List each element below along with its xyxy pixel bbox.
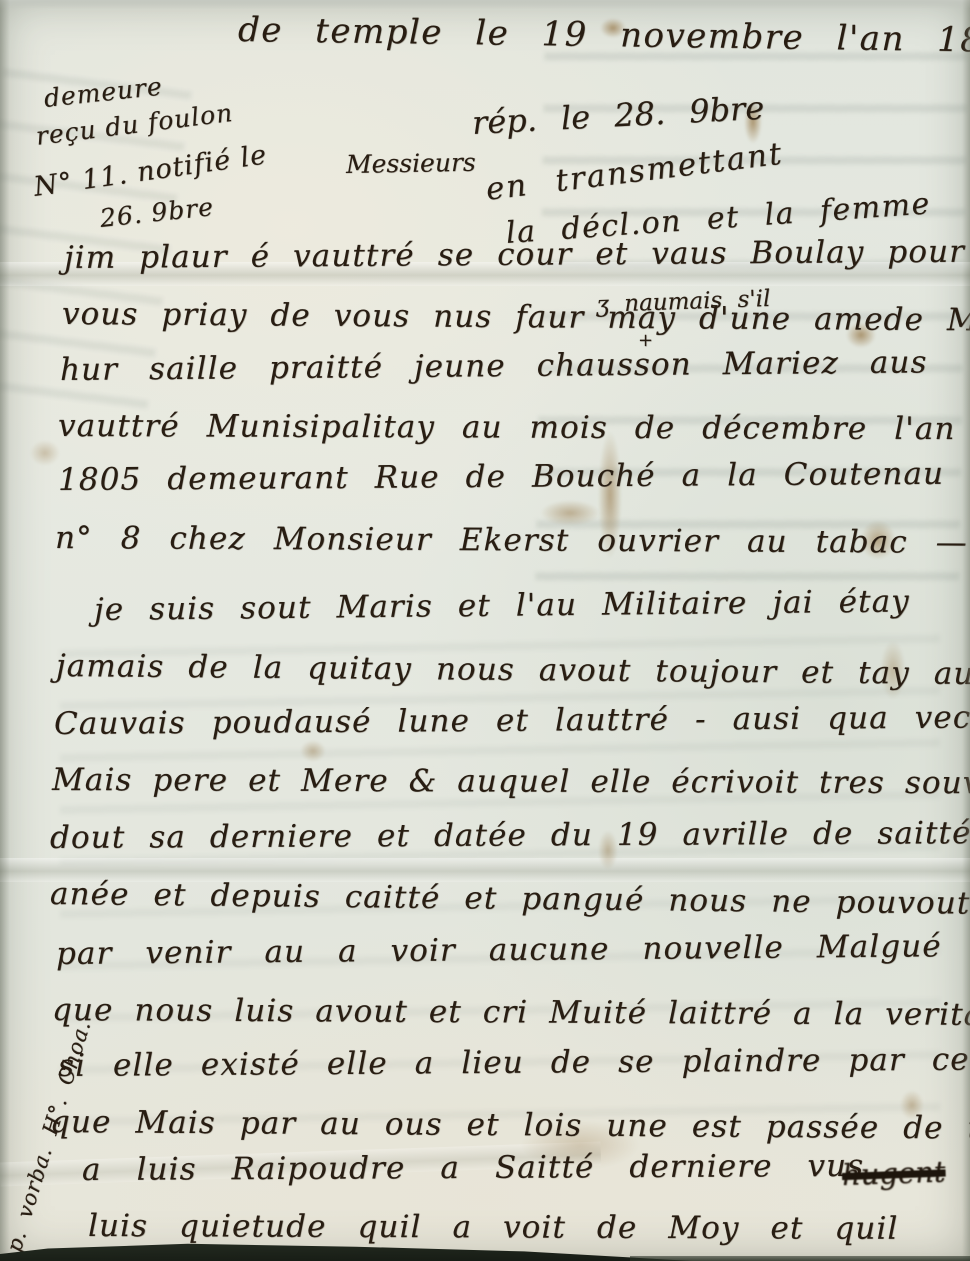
handwriting-line: dout sa derniere et datée du 19 avrille … — [50, 815, 970, 856]
margin-note: N° 11. notifié le — [32, 139, 269, 202]
salutation: Messieurs — [346, 148, 476, 179]
handwriting-line: vous priay de vous nus faur may d'une am… — [62, 296, 970, 339]
handwriting-line: je suis sout Maris et l'au Militaire jai… — [94, 583, 910, 628]
paper-stain — [30, 440, 60, 466]
handwriting-line: Mais pere et Mere & auquel elle écrivoit… — [52, 762, 970, 801]
handwriting-line: anée et depuis caitté et pangué nous ne … — [50, 876, 970, 922]
handwriting-line: a luis Raipoudre a Saitté derniere vus — [82, 1148, 864, 1188]
dateline: de temple le 19 novembre l'an 1807 — [238, 10, 970, 61]
handwriting-line: hur saille praitté jeune chausson Mariez… — [60, 344, 928, 388]
handwriting-line: n° 8 chez Monsieur Ekerst ouvrier au tab… — [55, 520, 968, 561]
margin-note: demeure — [42, 72, 164, 113]
handwriting-line: si elle existé elle a lieu de se plaindr… — [58, 1042, 970, 1084]
scan-edge — [0, 0, 10, 1261]
transmittal-annotation: en transmettant — [484, 136, 786, 208]
handwriting-line: jim plaur é vauttré se cour et vaus Boul… — [64, 234, 965, 276]
handwriting-line: luis quietude quil a voit de Moy et quil — [88, 1208, 899, 1247]
handwriting-line: que nous luis avout et cri Muité laittré… — [52, 992, 970, 1033]
handwriting-line: jamais de la quitay nous avout toujour e… — [56, 648, 970, 692]
scan-edge-shadow — [630, 1256, 970, 1261]
handwriting-line: 1805 demeurant Rue de Bouché a la Couten… — [58, 456, 944, 498]
scan-edge — [962, 0, 970, 1261]
scan-edge — [0, 0, 970, 9]
handwriting-line: par venir au a voir aucune nouvelle Malg… — [56, 928, 942, 972]
handwriting-line: Cauvais poudausé lune et lauttré - ausi … — [54, 700, 970, 742]
letter-scan: de temple le 19 novembre l'an 1807 demeu… — [0, 0, 970, 1261]
handwriting-line: que Mais par au ous et lois une est pass… — [50, 1104, 970, 1147]
struck-out-word: hugent — [841, 1154, 946, 1192]
paper-stain — [300, 740, 326, 762]
handwriting-line: vauttré Munisipalitay au mois de décembr… — [58, 408, 956, 447]
reply-annotation: rép. le 28. 9bre — [471, 89, 765, 142]
insertion-caret-mark: + — [638, 330, 653, 351]
margin-note: 26. 9bre — [98, 192, 215, 233]
